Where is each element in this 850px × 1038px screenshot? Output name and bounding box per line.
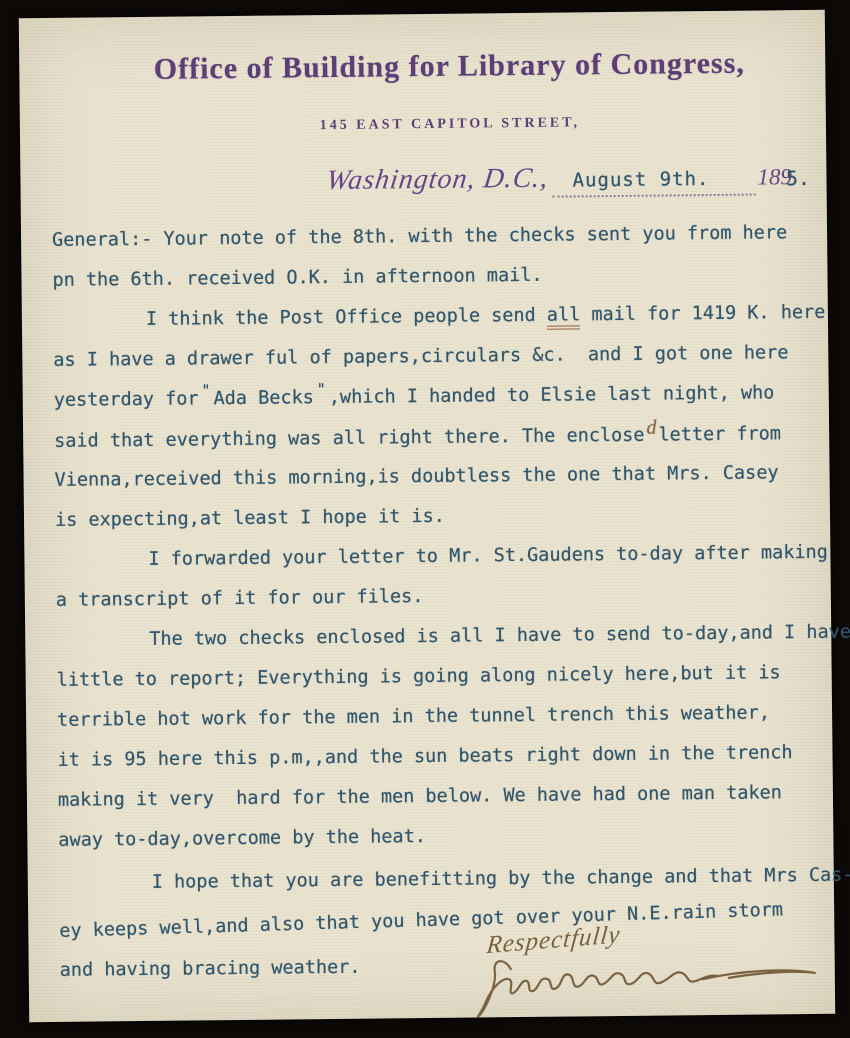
line-segment: ,which I handed to Elsie last night, who [329,382,775,408]
letter-line: General:- Your note of the 8th. with the… [52,221,787,253]
line-segment: letter from [658,423,781,445]
dateline-place: Washington, D.C., [324,163,550,197]
letter-paper: Office of Building for Library of Congre… [19,10,835,1022]
line-segment: said that everything was all right there… [54,425,645,452]
letter-line: little to report; Everything is going al… [57,661,781,693]
letter-line: Vienna,received this morning,is doubtles… [54,461,778,493]
letter-line: yesterday for"Ada Becks",which I handed … [54,381,775,413]
letter-line: away to-day,overcome by the heat. [58,825,426,853]
photo-background: { "theme": { "paper": "#e9e3d0", "ink_ty… [0,0,850,1038]
inserted-quote-mark: " [201,381,210,399]
letter-line: as I have a drawer ful of papers,circula… [53,341,788,373]
letter-line: and having bracing weather. [60,956,361,983]
letter-line: is expecting,at least I hope it is. [55,505,445,533]
signature-flourish [703,970,815,979]
letter-line: The two checks enclosed is all I have to… [56,621,850,653]
letter-line: making it very hard for the men below. W… [58,781,782,813]
letter-line: terrible hot work for the men in the tun… [57,701,770,732]
letter-line: pn the 6th. received O.K. in afternoon m… [52,264,542,293]
signature-scrawl [453,946,834,1028]
letter-line: I forwarded your letter to Mr. St.Gauden… [55,541,828,573]
letter-line: I think the Post Office people send all … [53,301,826,333]
line-segment: yesterday for [54,388,199,411]
letter-line: ey keeps well,and also that you have got… [59,898,783,943]
letter-line: I hope that you are benefitting by the c… [59,864,850,896]
line-segment: I think the Post Office people send [146,305,547,330]
line-segment: mail for 1419 K. here [580,302,825,326]
dateline: Washington, D.C., August 9th. 189 5. [326,160,810,200]
letter-line: it is 95 here this p.m,,and the sun beat… [57,741,792,773]
dateline-year-typed: 5. [786,166,810,190]
dateline-dotted-rule: August 9th. [552,168,755,198]
hand-double-underline: all [547,304,581,329]
line-segment: Ada Becks [213,387,313,409]
letterhead-title: Office of Building for Library of Congre… [19,46,825,88]
signature-name-stroke [477,959,717,1017]
letter-line: a transcript of it for our files. [56,585,424,613]
dateline-typed-date: August 9th. [572,168,709,191]
inserted-quote-mark: " [317,380,326,398]
letterhead-address: 145 EAST CAPITOL STREET, [20,113,826,137]
letter-line: said that everything was all right there… [54,421,781,454]
handwritten-insertion: d [646,417,656,439]
